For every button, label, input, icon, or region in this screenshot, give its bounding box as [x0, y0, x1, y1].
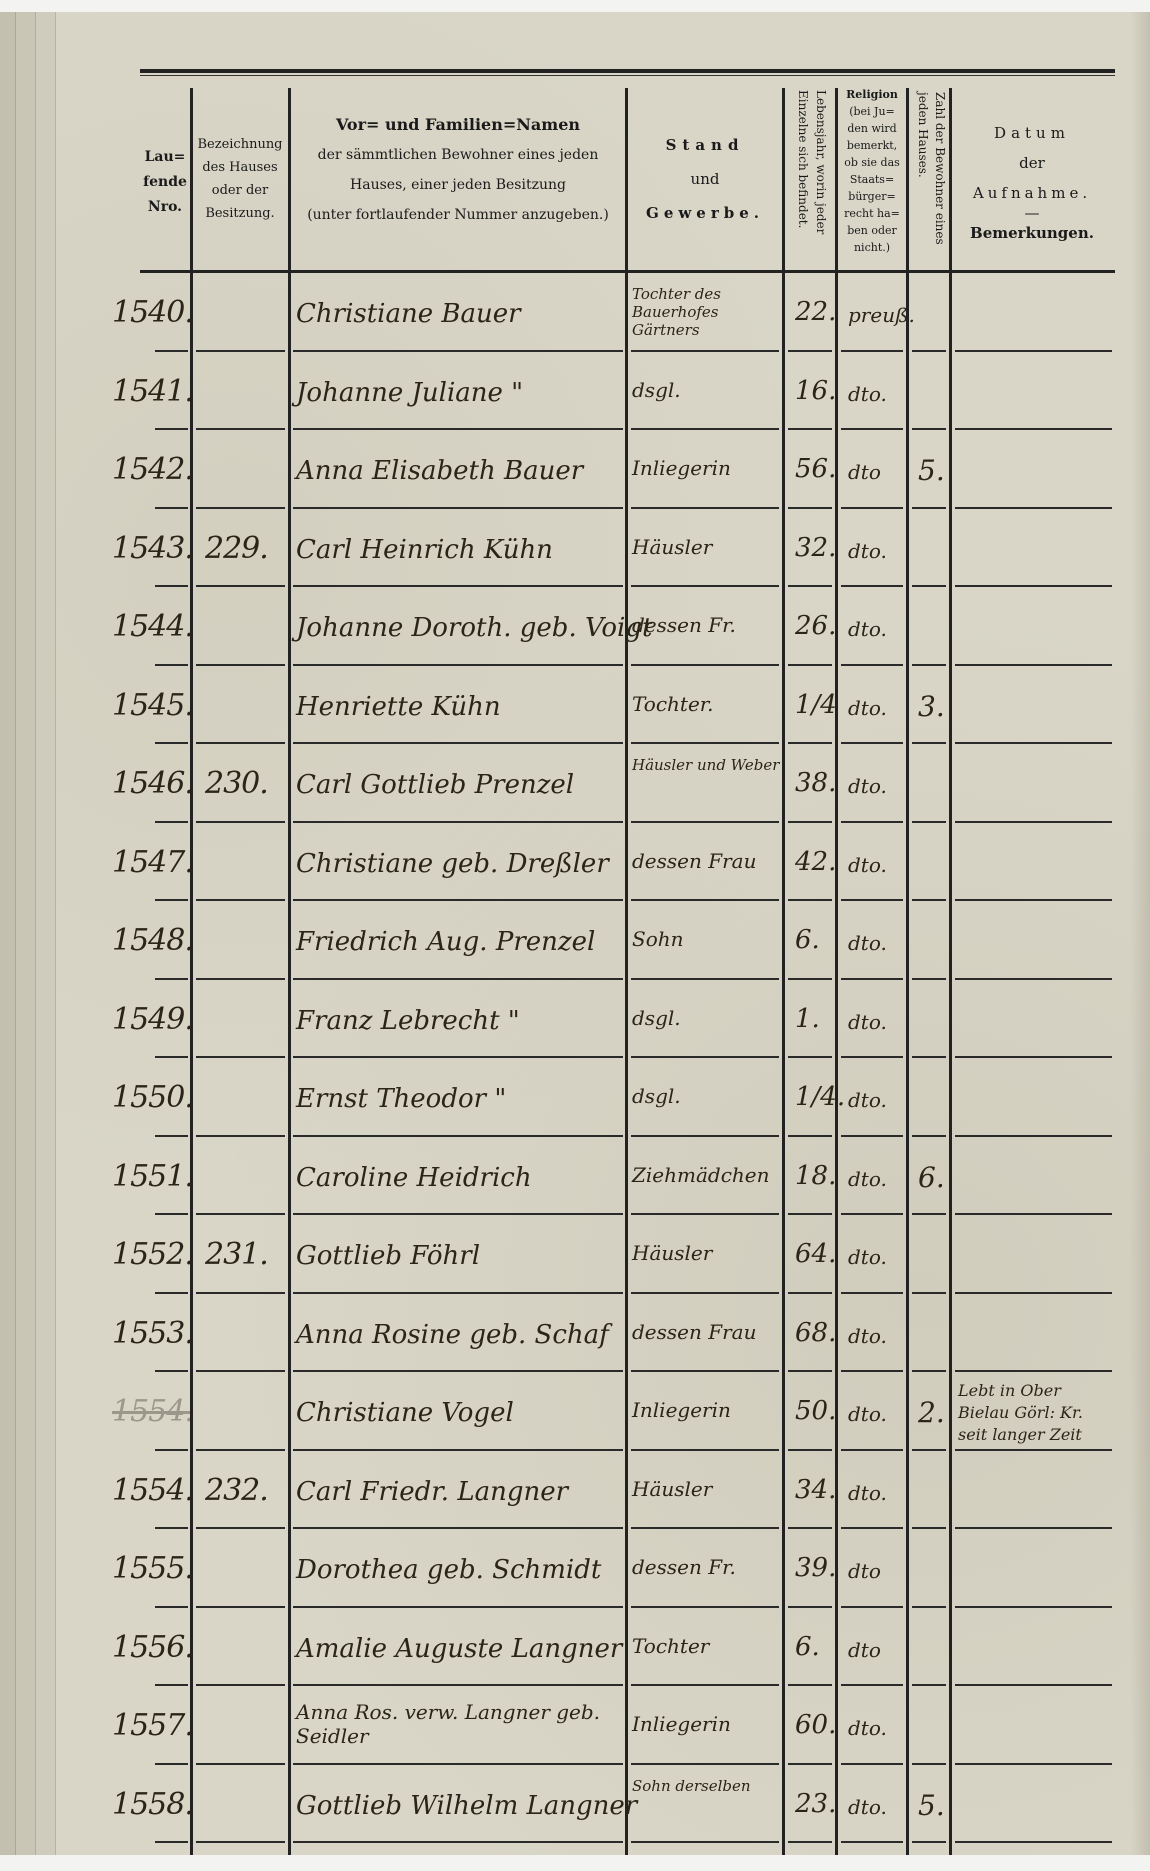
age: 18.	[795, 1161, 836, 1191]
header-text: Religion	[838, 86, 906, 103]
occupation: Häusler	[632, 1241, 780, 1265]
table-row: 1540.Christiane BauerTochter des Bauerho…	[0, 273, 1150, 352]
table-row: 1542.Anna Elisabeth BauerInliegerin56.dt…	[0, 430, 1150, 509]
occupation: Inliegerin	[632, 1398, 780, 1422]
resident-name: Anna Rosine geb. Schaf	[296, 1320, 621, 1350]
occupation: Tochter.	[632, 692, 780, 716]
age: 16.	[795, 376, 836, 406]
table-row: 1550.Ernst Theodor "dsgl.1/4.dto.	[0, 1058, 1150, 1137]
age: 1/4	[795, 690, 837, 720]
entry-number: 1543.	[112, 531, 193, 566]
header-text: Lau=	[140, 145, 190, 170]
table-row: 1553.Anna Rosine geb. Schafdessen Frau68…	[0, 1294, 1150, 1373]
entry-number: 1557.	[112, 1708, 193, 1743]
entry-number: 1540.	[112, 295, 193, 330]
religion: dto.	[848, 1795, 887, 1819]
religion: dto	[848, 1559, 881, 1583]
table-top-rule-thin	[140, 75, 1115, 76]
age: 38.	[795, 768, 836, 798]
table-row: 1554.232.Carl Friedr. LangnerHäusler34.d…	[0, 1451, 1150, 1530]
household-count: 2.	[918, 1396, 945, 1429]
religion: dto.	[848, 617, 887, 641]
header-text: Besitzung.	[192, 202, 288, 225]
religion: dto	[848, 460, 881, 484]
header-text: fende	[140, 170, 190, 195]
table-row: 1554.Christiane VogelInliegerin50.dto.2.…	[0, 1372, 1150, 1451]
entry-number: 1547.	[112, 845, 193, 880]
occupation: Inliegerin	[632, 1712, 780, 1736]
religion: dto.	[848, 1088, 887, 1112]
header-text: ob sie das	[838, 154, 906, 171]
age: 22.	[795, 297, 836, 327]
header-names: Vor= und Familien=Namen der sämmtlichen …	[291, 110, 625, 230]
religion: dto.	[848, 1402, 887, 1426]
header-text: (bei Ju=	[838, 103, 906, 120]
table-row: 1557.Anna Ros. verw. Langner geb. Seidle…	[0, 1686, 1150, 1765]
occupation: Tochter des Bauerhofes Gärtners	[632, 285, 780, 339]
table-row: 1556.Amalie Auguste LangnerTochter6.dto	[0, 1608, 1150, 1687]
row-rule	[912, 1841, 946, 1843]
religion: dto.	[848, 1010, 887, 1034]
occupation: Sohn	[632, 927, 780, 951]
age: 26.	[795, 611, 836, 641]
age: 64.	[795, 1239, 836, 1269]
header-text: Nro.	[140, 195, 190, 220]
header-text: recht ha=	[838, 205, 906, 222]
entry-number: 1546.	[112, 766, 193, 801]
age: 34.	[795, 1475, 836, 1505]
resident-name: Johanne Juliane "	[296, 378, 621, 408]
resident-name: Henriette Kühn	[296, 692, 621, 722]
header-text: nicht.)	[838, 239, 906, 256]
resident-name: Caroline Heidrich	[296, 1163, 621, 1193]
header-text: Hauses, einer jeden Besitzung	[291, 170, 625, 200]
age: 23.	[795, 1789, 836, 1819]
header-text: bemerkt,	[838, 137, 906, 154]
occupation: dsgl.	[632, 378, 780, 402]
age: 39.	[795, 1553, 836, 1583]
table-row: 1558.Gottlieb Wilhelm LangnerSohn dersel…	[0, 1765, 1150, 1844]
entry-number: 1550.	[112, 1080, 193, 1115]
row-rule	[788, 1841, 832, 1843]
entry-number: 1545.	[112, 688, 193, 723]
table-row: 1549.Franz Lebrecht "dsgl.1.dto.	[0, 980, 1150, 1059]
resident-name: Ernst Theodor "	[296, 1084, 621, 1114]
resident-name: Gottlieb Wilhelm Langner	[296, 1791, 621, 1821]
header-text: oder der	[192, 179, 288, 202]
religion: dto.	[848, 1324, 887, 1348]
resident-name: Anna Elisabeth Bauer	[296, 456, 621, 486]
religion: dto.	[848, 931, 887, 955]
table-row: 1544.Johanne Doroth. geb. Voigtdessen Fr…	[0, 587, 1150, 666]
age: 56.	[795, 454, 836, 484]
religion: dto	[848, 1638, 881, 1662]
resident-name: Christiane Vogel	[296, 1398, 621, 1428]
header-house: Bezeichnung des Hauses oder der Besitzun…	[192, 133, 288, 225]
occupation: Ziehmädchen	[632, 1163, 780, 1187]
entry-number: 1551.	[112, 1159, 193, 1194]
entry-number: 1544.	[112, 609, 193, 644]
header-text: Vor= und Familien=Namen	[291, 110, 625, 140]
age: 60.	[795, 1710, 836, 1740]
religion: preuß.	[848, 303, 915, 327]
entry-number: 1554.	[112, 1473, 193, 1508]
occupation: Häusler	[632, 1477, 780, 1501]
occupation: dessen Fr.	[632, 1555, 780, 1579]
religion: dto.	[848, 696, 887, 720]
occupation: Häusler und Weber	[632, 756, 780, 774]
entry-number: 1541.	[112, 374, 193, 409]
header-text: und	[628, 162, 782, 196]
age: 42.	[795, 847, 836, 877]
entry-number: 1553.	[112, 1316, 193, 1351]
entry-number: 1552.	[112, 1237, 193, 1272]
remark: Lebt in Ober Bielau Görl: Kr. seit lange…	[958, 1380, 1108, 1446]
row-rule	[631, 1841, 779, 1843]
occupation: dsgl.	[632, 1084, 780, 1108]
table-top-rule	[140, 69, 1115, 73]
row-rule	[196, 1841, 285, 1843]
religion: dto.	[848, 1245, 887, 1269]
occupation: dessen Frau	[632, 849, 780, 873]
header-count: Zahl der Bewohner eines jeden Hauses.	[912, 92, 948, 264]
household-count: 5.	[918, 1789, 945, 1822]
header-text: —	[952, 208, 1112, 218]
entry-number: 1558.	[112, 1787, 193, 1822]
resident-name: Gottlieb Föhrl	[296, 1241, 621, 1271]
resident-name: Carl Heinrich Kühn	[296, 535, 621, 565]
house-number: 229.	[205, 531, 268, 566]
header-text: Bezeichnung	[192, 133, 288, 156]
entry-number: 1556.	[112, 1630, 193, 1665]
header-age: Lebensjahr, worin jeder Einzelne sich be…	[790, 90, 830, 266]
house-number: 230.	[205, 766, 268, 801]
resident-name: Carl Friedr. Langner	[296, 1477, 621, 1507]
occupation: dessen Fr.	[632, 613, 780, 637]
header-text: Datum	[952, 118, 1112, 148]
religion: dto.	[848, 1481, 887, 1505]
row-rule	[293, 1841, 623, 1843]
religion: dto.	[848, 853, 887, 877]
header-laufende-nr: Lau= fende Nro.	[140, 145, 190, 220]
age: 32.	[795, 533, 836, 563]
entry-number: 1542.	[112, 452, 193, 487]
religion: dto.	[848, 382, 887, 406]
header-text: Stand	[628, 128, 782, 162]
age: 1.	[795, 1004, 820, 1034]
age: 1/4.	[795, 1082, 845, 1112]
entry-number: 1555.	[112, 1551, 193, 1586]
entry-number: 1548.	[112, 923, 193, 958]
household-count: 3.	[918, 690, 945, 723]
table-row: 1548.Friedrich Aug. PrenzelSohn6.dto.	[0, 901, 1150, 980]
struck-entry-number: 1554.	[112, 1394, 193, 1429]
header-text: der sämmtlichen Bewohner eines jeden	[291, 140, 625, 170]
header-text: des Hauses	[192, 156, 288, 179]
resident-name: Anna Ros. verw. Langner geb. Seidler	[296, 1700, 621, 1748]
household-count: 6.	[918, 1161, 945, 1194]
resident-name: Johanne Doroth. geb. Voigt	[296, 613, 621, 643]
table-row: 1545.Henriette KühnTochter.1/4dto.3.	[0, 666, 1150, 745]
row-rule	[155, 1841, 188, 1843]
table-row: 1551.Caroline HeidrichZiehmädchen18.dto.…	[0, 1137, 1150, 1216]
header-text: Bemerkungen.	[952, 218, 1112, 248]
occupation: dsgl.	[632, 1006, 780, 1030]
row-rule	[955, 1841, 1112, 1843]
occupation: Inliegerin	[632, 456, 780, 480]
resident-name: Franz Lebrecht "	[296, 1006, 621, 1036]
resident-name: Amalie Auguste Langner	[296, 1634, 621, 1664]
header-religion: Religion (bei Ju= den wird bemerkt, ob s…	[838, 86, 906, 256]
entry-number: 1549.	[112, 1002, 193, 1037]
occupation: Sohn derselben	[632, 1777, 780, 1795]
header-text: (unter fortlaufender Nummer anzugeben.)	[291, 200, 625, 230]
header-text: der	[952, 148, 1112, 178]
religion: dto.	[848, 774, 887, 798]
resident-name: Christiane Bauer	[296, 299, 621, 329]
house-number: 232.	[205, 1473, 268, 1508]
resident-name: Friedrich Aug. Prenzel	[296, 927, 621, 957]
header-text: ben oder	[838, 222, 906, 239]
age: 68.	[795, 1318, 836, 1348]
table-row: 1541.Johanne Juliane "dsgl.16.dto.	[0, 352, 1150, 431]
household-count: 5.	[918, 454, 945, 487]
header-text: Gewerbe.	[628, 196, 782, 230]
occupation: Tochter	[632, 1634, 780, 1658]
age: 50.	[795, 1396, 836, 1426]
table-row: 1546.230.Carl Gottlieb PrenzelHäusler un…	[0, 744, 1150, 823]
occupation: Häusler	[632, 535, 780, 559]
header-text: den wird	[838, 120, 906, 137]
header-text: bürger=	[838, 188, 906, 205]
religion: dto.	[848, 1716, 887, 1740]
resident-name: Dorothea geb. Schmidt	[296, 1555, 621, 1585]
header-date-remarks: Datum der Aufnahme. — Bemerkungen.	[952, 118, 1112, 248]
resident-name: Christiane geb. Dreßler	[296, 849, 621, 879]
table-row: 1547.Christiane geb. Dreßlerdessen Frau4…	[0, 823, 1150, 902]
age: 6.	[795, 1632, 820, 1662]
header-text: Staats=	[838, 171, 906, 188]
row-rule	[841, 1841, 903, 1843]
table-row: 1552.231.Gottlieb FöhrlHäusler64.dto.	[0, 1215, 1150, 1294]
house-number: 231.	[205, 1237, 268, 1272]
age: 6.	[795, 925, 820, 955]
header-stand: Stand und Gewerbe.	[628, 128, 782, 230]
resident-name: Carl Gottlieb Prenzel	[296, 770, 621, 800]
table-row: 1543.229.Carl Heinrich KühnHäusler32.dto…	[0, 509, 1150, 588]
table-row: 1555.Dorothea geb. Schmidtdessen Fr.39.d…	[0, 1529, 1150, 1608]
religion: dto.	[848, 1167, 887, 1191]
religion: dto.	[848, 539, 887, 563]
occupation: dessen Frau	[632, 1320, 780, 1344]
